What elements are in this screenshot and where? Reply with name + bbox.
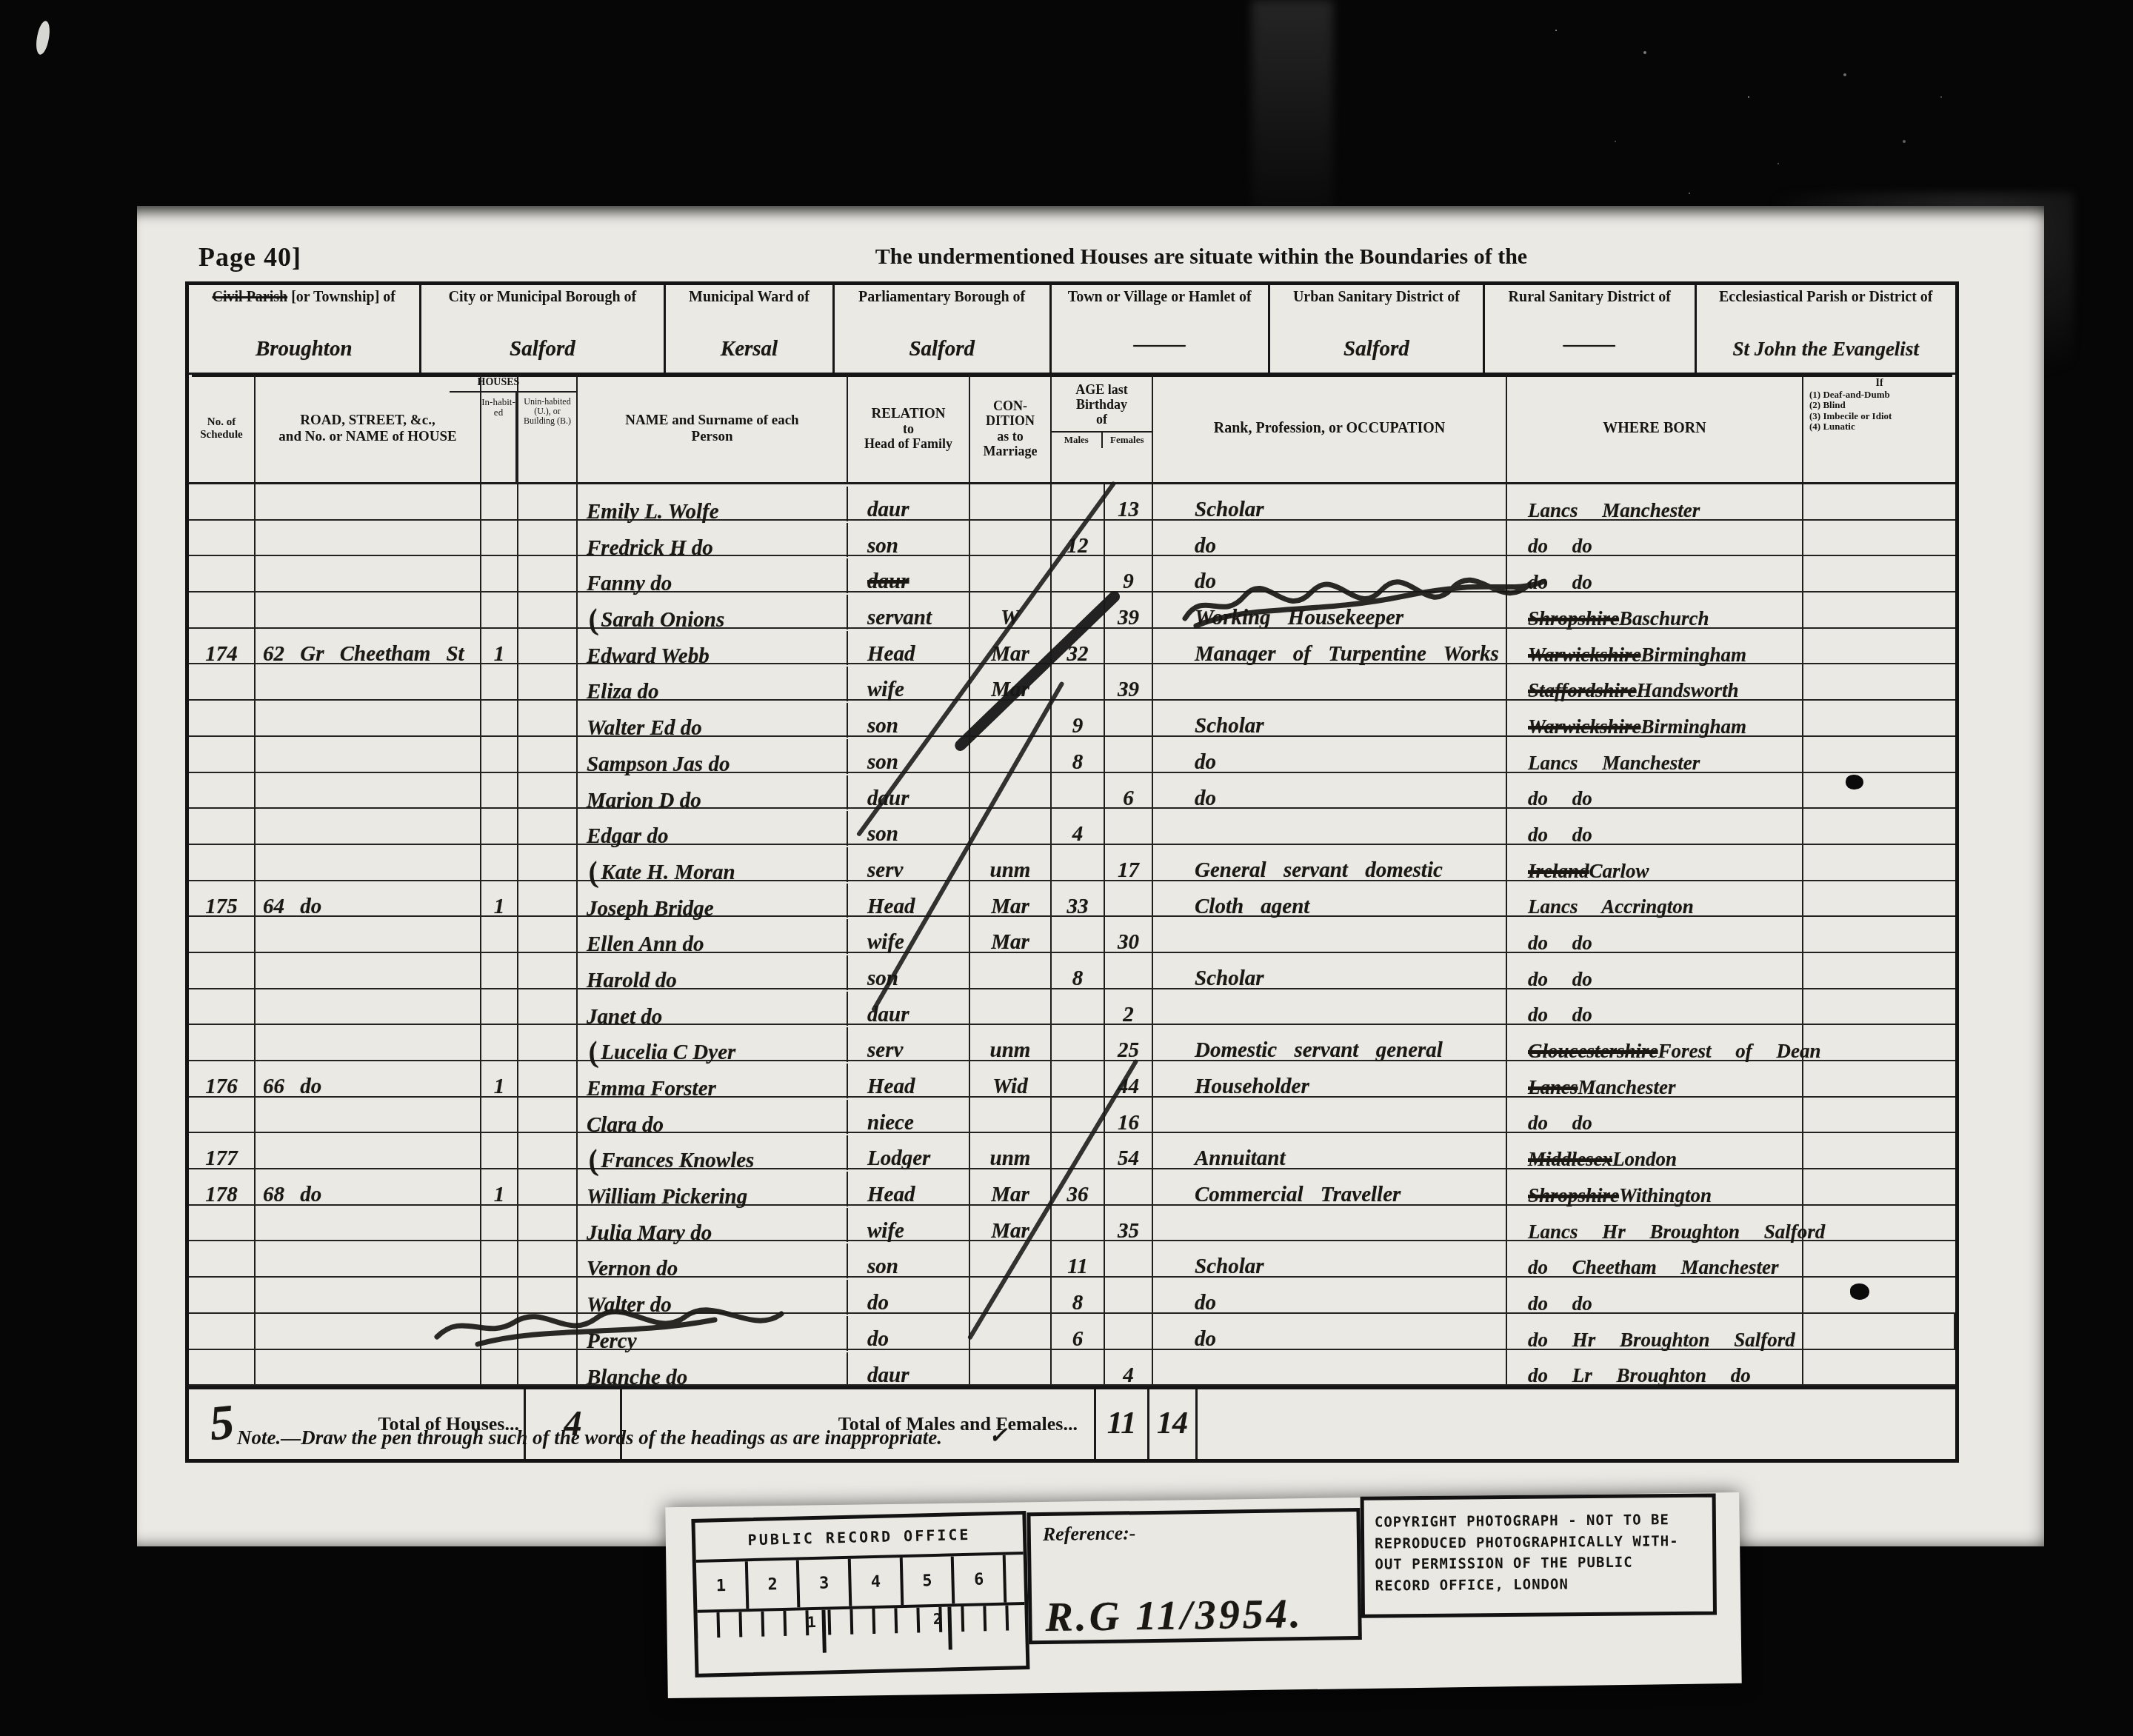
cell-s: 175 <box>189 881 256 916</box>
cell-b: Middlesex London <box>1507 1133 1803 1168</box>
cell-blank <box>518 1241 578 1276</box>
cell-o: do <box>1153 737 1507 772</box>
district-header-cell: Town or Village or Hamlet of— <box>1052 285 1270 373</box>
cell-n: Sampson Jas do <box>578 739 848 774</box>
scale-cell: 4 <box>851 1558 904 1606</box>
census-row: Fanny dodaur9dodo do <box>189 556 1955 592</box>
cell-i <box>481 845 518 880</box>
cell-b: do do <box>1507 953 1803 988</box>
cell-blank <box>1803 592 1955 627</box>
cell-blank <box>1803 1025 1955 1060</box>
total-females-value: 14 <box>1157 1411 1188 1438</box>
cell-r: daur <box>848 773 970 808</box>
district-value: Kersal <box>666 326 832 373</box>
district-value: Salford <box>421 326 664 373</box>
census-row: (Kate H. Moranservunm17General servant d… <box>189 845 1955 881</box>
cell-s <box>189 592 256 627</box>
cell-n: Edgar do <box>578 811 848 846</box>
cell-o <box>1153 1350 1507 1385</box>
district-label: Civil Parish [or Township] of <box>189 285 419 326</box>
cell-m <box>1052 1206 1105 1241</box>
cell-a <box>256 556 481 591</box>
cell-blank <box>518 484 578 519</box>
col-header-houses-inhabited: HOUSES In-habit-ed <box>481 375 518 482</box>
form-note: Note.—Draw the pen through such of the w… <box>237 1426 942 1449</box>
cell-a <box>256 989 481 1024</box>
cell-o: do <box>1153 1314 1507 1349</box>
cell-f <box>1105 737 1153 772</box>
district-header-cell: Civil Parish [or Township] ofBroughton <box>189 285 421 373</box>
cell-c: unm <box>970 1025 1052 1060</box>
cell-blank <box>518 881 578 916</box>
cell-blank <box>518 1169 578 1204</box>
cell-m <box>1052 1061 1105 1096</box>
district-header-cell: City or Municipal Borough ofSalford <box>421 285 667 373</box>
schedule-total: 5 <box>187 1401 236 1447</box>
cell-s <box>189 989 256 1024</box>
cell-m: 4 <box>1052 809 1105 844</box>
page-number: Page 40] <box>198 241 301 273</box>
census-row: Marion D dodaur6dodo do <box>189 773 1955 809</box>
cell-f: 54 <box>1105 1133 1153 1168</box>
cell-b: Lancs Manchester <box>1507 1061 1803 1096</box>
cell-o <box>1153 1206 1507 1241</box>
cell-c: Wid <box>970 1061 1052 1096</box>
census-row: Emily L. Wolfedaur13ScholarLancs Manches… <box>189 484 1955 521</box>
district-label: Parliamentary Borough of <box>835 285 1049 326</box>
cell-n: (Frances Knowles <box>578 1135 848 1170</box>
cell-o: Commercial Traveller <box>1153 1169 1507 1204</box>
cell-blank <box>518 1061 578 1096</box>
cell-f: 35 <box>1105 1206 1153 1241</box>
cell-i <box>481 592 518 627</box>
cell-f <box>1105 953 1153 988</box>
cell-m: 6 <box>1052 1314 1105 1349</box>
cell-c <box>970 1350 1052 1385</box>
cell-i <box>481 737 518 772</box>
cell-blank <box>1803 664 1955 699</box>
cell-a <box>256 664 481 699</box>
cell-n: (Lucelia C Dyer <box>578 1027 848 1062</box>
cell-s <box>189 953 256 988</box>
copyright-line: RECORD OFFICE, LONDON <box>1375 1572 1703 1596</box>
cell-b: Shropshire Withington <box>1507 1169 1803 1204</box>
cell-o: do <box>1153 521 1507 555</box>
cell-s <box>189 1314 256 1349</box>
cell-c <box>970 989 1052 1024</box>
cell-blank <box>518 521 578 555</box>
cell-c: unm <box>970 1133 1052 1168</box>
district-label: City or Municipal Borough of <box>421 285 664 326</box>
cell-a <box>256 845 481 880</box>
cell-o: Householder <box>1153 1061 1507 1096</box>
cell-m <box>1052 1025 1105 1060</box>
cell-a <box>256 737 481 772</box>
cell-o <box>1153 1098 1507 1132</box>
cell-o <box>1153 809 1507 844</box>
scale-cell: 2 <box>747 1560 800 1609</box>
cell-c <box>970 1098 1052 1132</box>
census-row: Clara doniece16do do <box>189 1098 1955 1134</box>
cell-b: Lancs Manchester <box>1507 737 1803 772</box>
cell-n: Edward Webb <box>578 631 848 666</box>
overwritten-scribble <box>1181 574 1552 633</box>
cell-a: 64 do <box>256 881 481 916</box>
cell-b: Ireland Carlow <box>1507 845 1803 880</box>
cell-i <box>481 809 518 844</box>
census-row: Sampson Jas doson8doLancs Manchester <box>189 737 1955 773</box>
cell-s <box>189 1025 256 1060</box>
cell-blank <box>1803 989 1955 1024</box>
cell-i <box>481 1133 518 1168</box>
cell-i <box>481 953 518 988</box>
cell-i: 1 <box>481 881 518 916</box>
cell-blank <box>1803 1314 1955 1349</box>
cell-blank <box>1803 1061 1955 1096</box>
ink-blot <box>1846 775 1863 789</box>
cell-a <box>256 701 481 735</box>
district-header-row: Civil Parish [or Township] ofBroughtonCi… <box>189 285 1955 375</box>
cell-s <box>189 1278 256 1312</box>
cell-r: Head <box>848 881 970 916</box>
photo-ruler: 1 2 <box>697 1605 1026 1677</box>
film-artifact <box>34 20 52 56</box>
cell-o: General servant domestic <box>1153 845 1507 880</box>
cell-a <box>256 484 481 519</box>
copyright-line: OUT PERMISSION OF THE PUBLIC <box>1375 1552 1702 1575</box>
cell-a <box>256 1025 481 1060</box>
cell-a <box>256 953 481 988</box>
cell-b: Staffordshire Handsworth <box>1507 664 1803 699</box>
cell-f <box>1105 521 1153 555</box>
census-row: 17868 do1William PickeringHeadMar36Comme… <box>189 1169 1955 1206</box>
cell-b: do Hr Broughton Salford <box>1507 1314 1803 1349</box>
col-header-road: ROAD, STREET, &c., and No. or NAME of HO… <box>256 375 481 482</box>
reference-number: R.G 11/3954. <box>1045 1598 1303 1636</box>
col-header-infirmity: If (1) Deaf-and-Dumb (2) Blind (3) Imbec… <box>1803 375 1955 482</box>
photo-scale-bar: 123456 <box>696 1555 1025 1613</box>
cell-blank <box>518 845 578 880</box>
cell-o <box>1153 989 1507 1024</box>
cell-s <box>189 484 256 519</box>
cell-n: William Pickering <box>578 1172 848 1206</box>
cell-m <box>1052 917 1105 952</box>
cell-i <box>481 773 518 808</box>
cell-i <box>481 701 518 735</box>
cell-s <box>189 773 256 808</box>
cell-c: unm <box>970 845 1052 880</box>
col-header-occupation: Rank, Profession, or OCCUPATION <box>1153 375 1507 482</box>
cell-m <box>1052 989 1105 1024</box>
cell-b: do Lr Broughton do <box>1507 1350 1803 1385</box>
cell-m: 33 <box>1052 881 1105 916</box>
cell-blank <box>1803 845 1955 880</box>
cell-n: (Sarah Onions <box>578 595 848 630</box>
cell-s <box>189 1350 256 1385</box>
cell-m: 8 <box>1052 1278 1105 1312</box>
page-title: The undermentioned Houses are situate wi… <box>646 244 1757 270</box>
cell-i <box>481 1206 518 1241</box>
cell-b: do do <box>1507 556 1803 591</box>
cell-blank <box>1803 953 1955 988</box>
cell-blank <box>1803 881 1955 916</box>
cell-blank <box>518 1098 578 1132</box>
cell-s <box>189 809 256 844</box>
cell-blank <box>518 664 578 699</box>
page-header: Page 40] The undermentioned Houses are s… <box>185 238 1952 280</box>
cell-o <box>1153 917 1507 952</box>
census-row: 17666 do1Emma ForsterHeadWid44Householde… <box>189 1061 1955 1098</box>
cell-r: Head <box>848 1169 970 1204</box>
col-header-males: Males <box>1052 433 1103 448</box>
scanned-census-photograph: Page 40] The undermentioned Houses are s… <box>0 0 2133 1736</box>
check-mark: ✓ <box>989 1426 1007 1446</box>
cell-m: 12 <box>1052 521 1105 555</box>
scale-cell: 5 <box>902 1556 955 1605</box>
cell-m: 11 <box>1052 1241 1105 1276</box>
cell-r: niece <box>848 1098 970 1132</box>
cell-o: Scholar <box>1153 953 1507 988</box>
cell-s: 178 <box>189 1169 256 1204</box>
cell-r: son <box>848 521 970 555</box>
cell-b: do do <box>1507 773 1803 808</box>
scale-cell: 6 <box>954 1555 1007 1604</box>
cell-c <box>970 521 1052 555</box>
reference-stamp: Reference:- R.G 11/3954. <box>1027 1508 1361 1644</box>
cell-i <box>481 989 518 1024</box>
cell-r: daur <box>848 556 970 591</box>
cell-blank <box>518 809 578 844</box>
cell-n: Julia Mary do <box>578 1208 848 1243</box>
cell-blank <box>518 556 578 591</box>
total-males-value: 11 <box>1107 1411 1137 1438</box>
cell-b: do do <box>1507 917 1803 952</box>
cell-m <box>1052 845 1105 880</box>
ruler-label-1: 1 <box>807 1613 817 1631</box>
census-row: Harold doson8Scholardo do <box>189 953 1955 989</box>
cell-blank <box>1803 1241 1955 1276</box>
cell-blank <box>1803 484 1955 519</box>
cell-f: 2 <box>1105 989 1153 1024</box>
district-label: Urban Sanitary District of <box>1270 285 1483 326</box>
cell-n: Walter Ed do <box>578 703 848 738</box>
cell-blank <box>1803 1098 1955 1132</box>
public-record-office-stamp: PUBLIC RECORD OFFICE 123456 1 2 <box>691 1511 1029 1677</box>
district-header-cell: Municipal Ward ofKersal <box>666 285 835 373</box>
cell-m: 8 <box>1052 953 1105 988</box>
cell-o: Scholar <box>1153 484 1507 519</box>
cell-n: Emily L. Wolfe <box>578 487 848 521</box>
cell-n: Eliza do <box>578 667 848 701</box>
district-value: Broughton <box>189 326 419 373</box>
cell-o: Scholar <box>1153 1241 1507 1276</box>
cell-blank <box>518 629 578 664</box>
district-label: Rural Sanitary District of <box>1485 285 1694 326</box>
cell-a: 66 do <box>256 1061 481 1096</box>
cell-blank <box>518 953 578 988</box>
cell-s <box>189 1206 256 1241</box>
cell-i <box>481 664 518 699</box>
cell-i: 1 <box>481 1061 518 1096</box>
cell-m <box>1052 1350 1105 1385</box>
cell-s <box>189 737 256 772</box>
cell-s <box>189 1098 256 1132</box>
col-header-houses-uninhabited: . Unin-habited (U.), or Building (B.) <box>518 375 578 482</box>
cell-blank <box>518 1025 578 1060</box>
cell-i <box>481 1098 518 1132</box>
cell-a <box>256 1098 481 1132</box>
cell-i <box>481 521 518 555</box>
cell-c <box>970 773 1052 808</box>
district-label: Municipal Ward of <box>666 285 832 326</box>
cell-f: 25 <box>1105 1025 1153 1060</box>
cell-o: Cloth agent <box>1153 881 1507 916</box>
cell-c: Mar <box>970 629 1052 664</box>
cell-n: Fredrick H do <box>578 523 848 558</box>
cell-r: wife <box>848 1206 970 1241</box>
cell-b: Lancs Accrington <box>1507 881 1803 916</box>
cell-blank <box>1803 773 1955 808</box>
cell-r: serv <box>848 1025 970 1060</box>
cell-i: 1 <box>481 1169 518 1204</box>
cell-blank <box>1803 701 1955 735</box>
cell-b: Lancs Manchester <box>1507 484 1803 519</box>
cell-f: 4 <box>1105 1350 1153 1385</box>
cell-s <box>189 664 256 699</box>
cell-b: Lancs Hr Broughton Salford <box>1507 1206 1803 1241</box>
cell-f: 17 <box>1105 845 1153 880</box>
cell-b: Gloucestershire Forest of Dean <box>1507 1025 1803 1060</box>
cell-r: do <box>848 1278 970 1312</box>
census-row: Vernon doson11Scholardo Cheetham Manches… <box>189 1241 1955 1278</box>
cell-m <box>1052 1133 1105 1168</box>
cell-blank <box>1803 629 1955 664</box>
col-header-age: AGE last Birthday of Males Females <box>1052 375 1153 482</box>
cell-r: daur <box>848 1350 970 1385</box>
cell-s <box>189 845 256 880</box>
cell-a <box>256 1206 481 1241</box>
cell-n: Joseph Bridge <box>578 884 848 918</box>
cell-blank <box>1803 1350 1955 1385</box>
cell-b: do do <box>1507 1098 1803 1132</box>
cell-f: 9 <box>1105 556 1153 591</box>
cell-r: son <box>848 953 970 988</box>
cell-c: Mar <box>970 881 1052 916</box>
cell-r: servant <box>848 592 970 627</box>
cell-c: Mar <box>970 917 1052 952</box>
cell-c <box>970 484 1052 519</box>
cell-blank <box>1803 1133 1955 1168</box>
district-header-cell: Rural Sanitary District of— <box>1485 285 1696 373</box>
cell-a <box>256 1241 481 1276</box>
cell-r: daur <box>848 484 970 519</box>
cell-a <box>256 773 481 808</box>
cell-f <box>1105 1314 1153 1349</box>
census-row: Julia Mary dowifeMar35Lancs Hr Broughton… <box>189 1206 1955 1242</box>
cell-blank <box>1803 809 1955 844</box>
cell-blank <box>1803 737 1955 772</box>
census-row: Walter Ed doson9ScholarWarwickshire Birm… <box>189 701 1955 737</box>
cell-s <box>189 701 256 735</box>
cell-s <box>189 521 256 555</box>
cell-o: Domestic servant general <box>1153 1025 1507 1060</box>
cell-o <box>1153 664 1507 699</box>
col-header-schedule: No. of Schedule <box>189 375 256 482</box>
cell-o: Scholar <box>1153 701 1507 735</box>
cell-i <box>481 484 518 519</box>
cell-b: do Cheetham Manchester <box>1507 1241 1803 1276</box>
scale-cell: 1 <box>696 1561 749 1610</box>
cell-blank <box>1803 521 1955 555</box>
cell-b: Shropshire Baschurch <box>1507 592 1803 627</box>
cell-n: Fanny do <box>578 558 848 593</box>
cell-f <box>1105 1278 1153 1312</box>
census-row: Ellen Ann dowifeMar30do do <box>189 917 1955 953</box>
ink-blot <box>1850 1283 1869 1300</box>
cell-s <box>189 917 256 952</box>
cell-blank <box>518 1133 578 1168</box>
cell-a <box>256 592 481 627</box>
cell-n: Clara do <box>578 1100 848 1135</box>
cell-m <box>1052 556 1105 591</box>
cell-s <box>189 1241 256 1276</box>
cell-f <box>1105 809 1153 844</box>
census-row: Percydo6dodo Hr Broughton Salford <box>189 1314 1955 1350</box>
cell-f: 13 <box>1105 484 1153 519</box>
cell-b: do do <box>1507 809 1803 844</box>
cell-s <box>189 556 256 591</box>
cell-c <box>970 1278 1052 1312</box>
census-row: Blanche dodaur4do Lr Broughton do <box>189 1350 1955 1386</box>
cell-n: Ellen Ann do <box>578 919 848 954</box>
census-row: (Lucelia C Dyerservunm25Domestic servant… <box>189 1025 1955 1061</box>
cell-c: Mar <box>970 1169 1052 1204</box>
copyright-line: REPRODUCED PHOTOGRAPHICALLY WITH- <box>1375 1530 1702 1554</box>
cell-f: 39 <box>1105 664 1153 699</box>
cell-blank <box>1803 1169 1955 1204</box>
scan-speckles <box>1555 30 1557 31</box>
cell-n: Janet do <box>578 992 848 1026</box>
cell-blank <box>518 592 578 627</box>
cell-i: 1 <box>481 629 518 664</box>
cell-r: Head <box>848 1061 970 1096</box>
cell-o: do <box>1153 773 1507 808</box>
cell-c <box>970 953 1052 988</box>
cell-blank <box>518 1350 578 1385</box>
col-header-relation: RELATION to Head of Family <box>848 375 970 482</box>
cell-r: do <box>848 1314 970 1349</box>
cell-f: 6 <box>1105 773 1153 808</box>
cell-s: 174 <box>189 629 256 664</box>
cell-n: Blanche do <box>578 1352 848 1387</box>
cell-n: (Kate H. Moran <box>578 847 848 882</box>
district-label: Ecclesiastical Parish or District of <box>1697 285 1955 326</box>
cell-b: do do <box>1507 989 1803 1024</box>
cell-a <box>256 809 481 844</box>
col-header-females: Females <box>1103 433 1152 448</box>
cell-n: Vernon do <box>578 1243 848 1278</box>
cell-a <box>256 521 481 555</box>
cell-blank <box>518 773 578 808</box>
cell-m: 9 <box>1052 701 1105 735</box>
table-column-headers: No. of Schedule ROAD, STREET, &c., and N… <box>189 375 1955 484</box>
cell-r: wife <box>848 664 970 699</box>
cell-b: Warwickshire Birmingham <box>1507 701 1803 735</box>
cell-a <box>256 917 481 952</box>
cell-i <box>481 1025 518 1060</box>
cell-f <box>1105 1241 1153 1276</box>
cell-a: 68 do <box>256 1169 481 1204</box>
